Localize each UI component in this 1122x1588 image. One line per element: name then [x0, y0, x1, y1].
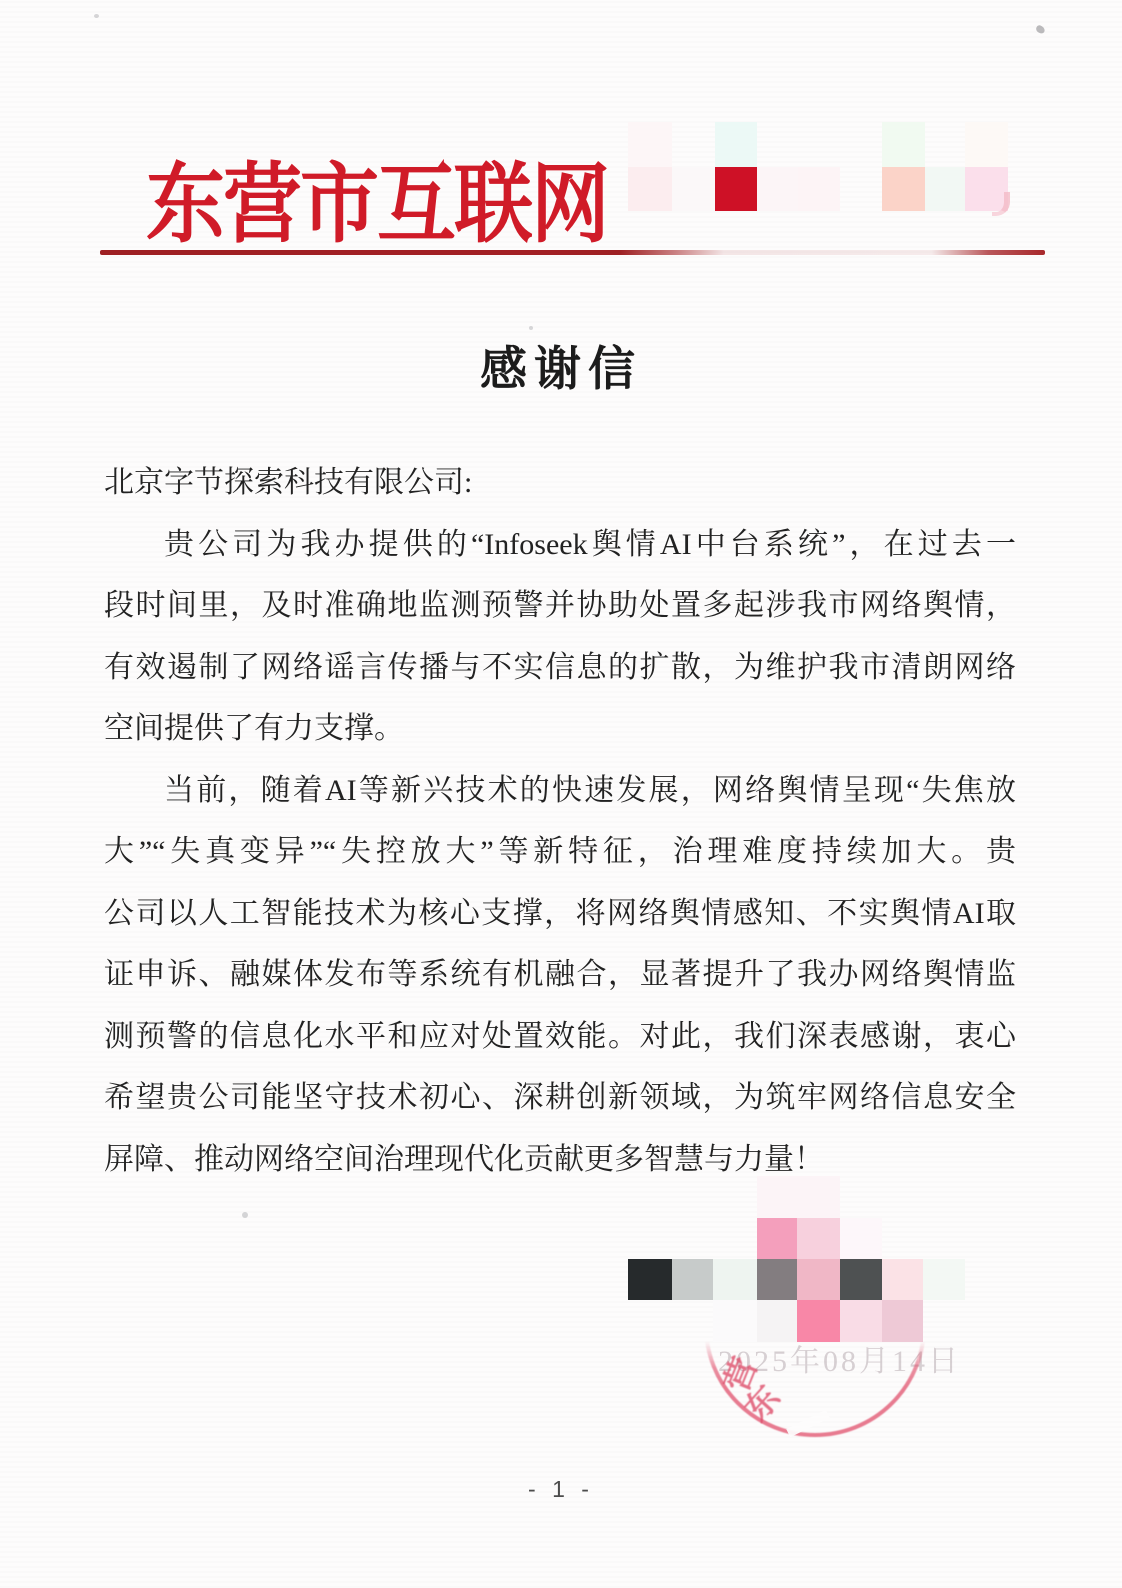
- mosaic-block: [797, 1259, 840, 1300]
- mosaic-block: [923, 1259, 965, 1300]
- mosaic-block: [715, 122, 757, 167]
- mosaic-block: [840, 1218, 882, 1259]
- mosaic-block: [757, 1218, 797, 1259]
- mosaic-block: [672, 167, 715, 211]
- scan-speck: [529, 326, 533, 330]
- scan-speck: [242, 1212, 248, 1218]
- scan-speck: [1035, 24, 1046, 35]
- body-line: 空间提供了有力支撑。: [104, 698, 1016, 760]
- body-line: 当前，随着AI等新兴技术的快速发展，网络舆情呈现“失焦放: [104, 760, 1016, 822]
- mosaic-block: [672, 1259, 713, 1300]
- mosaic-block: [628, 167, 672, 211]
- body-line: 希望贵公司能坚守技术初心、深耕创新领域，为筑牢网络信息安全: [104, 1067, 1016, 1129]
- mosaic-block: [882, 167, 925, 211]
- mosaic-block: [882, 1259, 923, 1300]
- body-line: 公司以人工智能技术为核心支撑，将网络舆情感知、不实舆情AI取: [104, 883, 1016, 945]
- mosaic-block: [628, 1259, 672, 1300]
- body-line: 贵公司为我办提供的“Infoseek舆情AI中台系统”，在过去一: [104, 514, 1016, 576]
- mosaic-block: [965, 122, 1008, 167]
- salutation: 北京字节探索科技有限公司:: [104, 452, 1016, 514]
- mosaic-block: [797, 1218, 840, 1259]
- mosaic-block: [840, 1259, 882, 1300]
- body-line: 段时间里，及时准确地监测预警并协助处置多起涉我市网络舆情，: [104, 575, 1016, 637]
- mosaic-block: [757, 167, 798, 211]
- body-line: 证申诉、融媒体发布等系统有机融合，显著提升了我办网络舆情监: [104, 944, 1016, 1006]
- body-line: 测预警的信息化水平和应对处置效能。对此，我们深表感谢，衷心: [104, 1006, 1016, 1068]
- body-line: 屏障、推动网络空间治理现代化贡献更多智慧与力量！: [104, 1129, 1016, 1191]
- redacted-glyph-fragment: [992, 192, 1010, 216]
- mosaic-block: [798, 167, 840, 211]
- letterhead-rule: [100, 250, 1045, 255]
- mosaic-block: [882, 122, 925, 167]
- mosaic-block: [628, 122, 672, 167]
- mosaic-block: [713, 1259, 757, 1300]
- body-line: 大”“失真变异”“失控放大”等新特征，治理难度持续加大。贵: [104, 821, 1016, 883]
- scan-speck: [94, 14, 99, 18]
- page-title: 感谢信: [0, 332, 1122, 399]
- scanned-letter-page: 东营市互联网 感谢信 北京字节探索科技有限公司: 贵公司为我办提供的“Infos…: [0, 0, 1122, 1588]
- mosaic-block: [925, 167, 965, 211]
- mosaic-block: [715, 167, 757, 211]
- letter-body: 北京字节探索科技有限公司: 贵公司为我办提供的“Infoseek舆情AI中台系统…: [104, 452, 1016, 1190]
- letterhead-org-name: 东营市互联网: [146, 134, 608, 259]
- mosaic-block: [757, 1259, 797, 1300]
- body-line: 有效遏制了网络谣言传播与不实信息的扩散，为维护我市清朗网络: [104, 637, 1016, 699]
- page-number: - 1 -: [0, 1476, 1122, 1503]
